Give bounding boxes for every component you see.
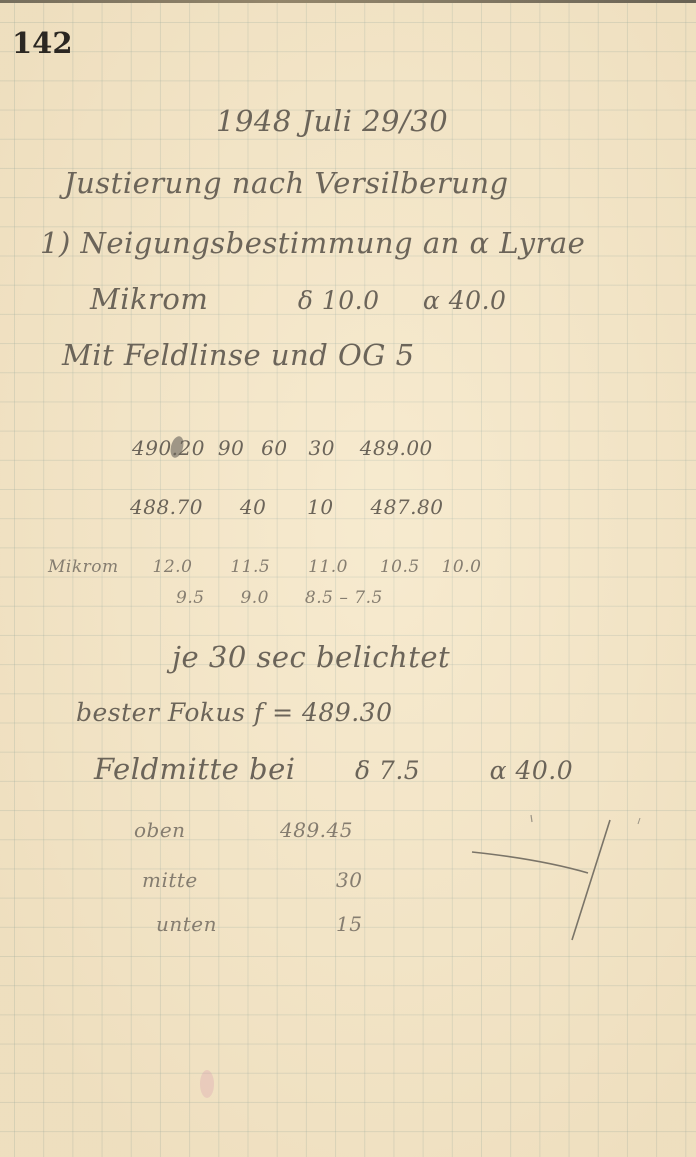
reading: 40: [240, 495, 266, 519]
field-center-alpha: α 40.0: [490, 756, 574, 785]
field-center-line: Feldmitte bei δ 7.5 α 40.0: [94, 752, 573, 786]
angle-sketch-icon: [460, 800, 660, 950]
reading: 488.70: [130, 495, 203, 519]
field-center-delta: δ 7.5: [355, 756, 420, 785]
focus-readings-row-2: 488.70 40 10 487.80: [130, 495, 443, 519]
reading: 30: [308, 436, 334, 460]
mikrom-label: Mikrom: [90, 282, 208, 316]
page-top-edge: [0, 0, 696, 3]
mikrom-value: 10.5: [380, 557, 420, 577]
position-value: 15: [336, 912, 362, 936]
focus-readings-row-1: 490.20 90 60 30 489.00: [132, 436, 433, 460]
mikrom-value: 9.0: [240, 588, 269, 608]
paper-stain: [200, 1070, 214, 1098]
entry-date: 1948 Juli 29/30: [216, 104, 448, 138]
exposure-note: je 30 sec belichtet: [172, 640, 450, 674]
position-label: oben: [134, 818, 186, 842]
mikrom-line: Mikrom δ 10.0 α 40.0: [90, 282, 506, 316]
mikrom-value: 12.0: [153, 557, 193, 577]
mikrom-delta: δ 10.0: [298, 286, 380, 315]
reading: 10: [307, 495, 333, 519]
mikrom-series-row-1: Mikrom 12.0 11.5 11.0 10.5 10.0: [48, 557, 481, 577]
reading: 490.20: [132, 436, 205, 460]
mikrom-alpha: α 40.0: [423, 286, 507, 315]
mikrom-value: 9.5: [176, 588, 205, 608]
reading: 487.80: [370, 495, 443, 519]
mikrom-value: 11.5: [230, 557, 270, 577]
mikrom-series-row-2: 9.5 9.0 8.5 – 7.5: [176, 588, 383, 608]
entry-heading: Justierung nach Versilberung: [64, 166, 509, 200]
position-label: mitte: [142, 868, 198, 892]
mit-feldlinse-line: Mit Feldlinse und OG 5: [62, 338, 415, 372]
reading: 60: [261, 436, 287, 460]
mikrom-value: 11.0: [308, 557, 348, 577]
position-value: 30: [336, 868, 362, 892]
page-number: 142: [12, 26, 73, 60]
best-focus-note: bester Fokus f = 489.30: [76, 698, 393, 727]
reading: 90: [218, 436, 244, 460]
item-1-heading: 1) Neigungsbestimmung an α Lyrae: [40, 226, 585, 260]
mikrom-value: 8.5 – 7.5: [305, 588, 383, 608]
position-label: unten: [156, 912, 217, 936]
reading: 489.00: [360, 436, 433, 460]
notebook-page: 142 1948 Juli 29/30 Justierung nach Vers…: [0, 0, 696, 1157]
field-center-label: Feldmitte bei: [94, 752, 296, 786]
position-value: 489.45: [280, 818, 353, 842]
mikrom-value: 10.0: [442, 557, 482, 577]
mikrom-series-label: Mikrom: [48, 557, 119, 577]
